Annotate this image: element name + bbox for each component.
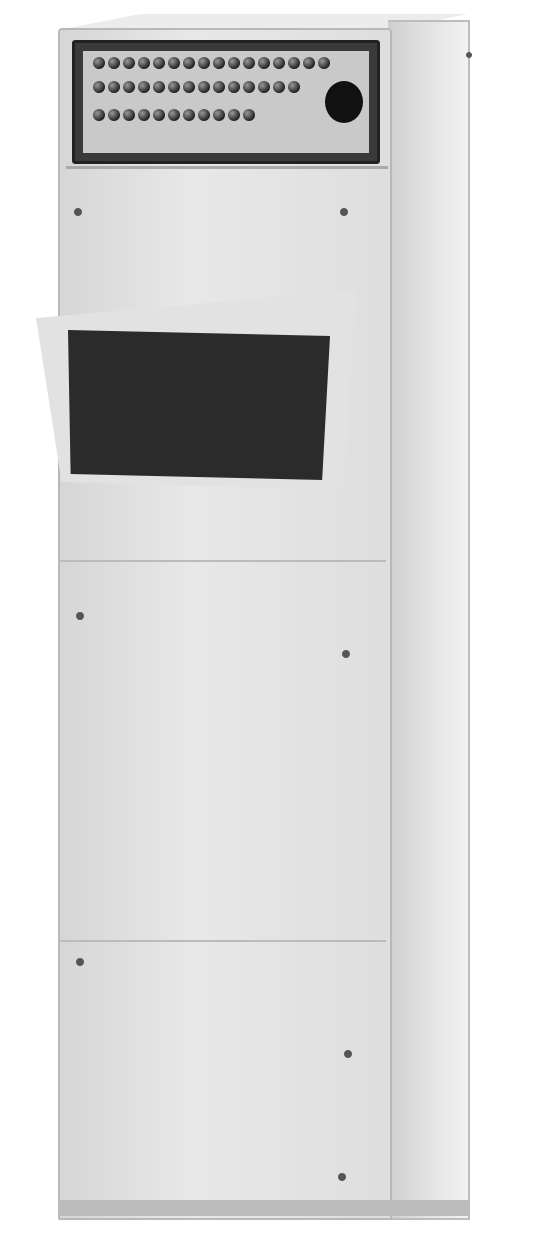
knob-icon: [243, 81, 255, 93]
knob-icon: [168, 81, 180, 93]
knob-icon: [258, 57, 270, 69]
door-seam: [60, 940, 386, 942]
knob-icon: [228, 109, 240, 121]
door-lock-icon: [76, 958, 84, 966]
knob-icon: [153, 81, 165, 93]
knob-icon: [153, 57, 165, 69]
knob-icon: [153, 109, 165, 121]
knob-icon: [243, 109, 255, 121]
knob-icon: [183, 109, 195, 121]
knob-icon: [258, 81, 270, 93]
knob-icon: [198, 57, 210, 69]
knob-icon: [138, 57, 150, 69]
knob-icon: [273, 57, 285, 69]
control-panel-face: [83, 51, 369, 153]
door-lock-icon: [340, 208, 348, 216]
knob-icon: [273, 81, 285, 93]
cabinet-side-panel: [388, 20, 470, 1220]
knob-icon: [183, 57, 195, 69]
knob-icon: [288, 57, 300, 69]
knob-icon: [93, 109, 105, 121]
door-lock-icon: [76, 612, 84, 620]
door-seam: [60, 560, 386, 562]
screw-icon: [466, 52, 472, 58]
dial-icon: [325, 81, 363, 123]
knob-icon: [123, 57, 135, 69]
knob-icon: [213, 109, 225, 121]
knob-icon: [108, 109, 120, 121]
knob-icon: [123, 81, 135, 93]
knob-icon: [138, 109, 150, 121]
display-screen: [68, 330, 330, 480]
knob-icon: [93, 81, 105, 93]
knob-icon: [168, 109, 180, 121]
knob-icon: [198, 81, 210, 93]
knob-icon: [108, 81, 120, 93]
knob-icon: [108, 57, 120, 69]
knob-icon: [198, 109, 210, 121]
knob-icon: [243, 57, 255, 69]
knob-icon: [213, 57, 225, 69]
screw-icon: [338, 1173, 346, 1181]
cabinet-front: [58, 28, 392, 1220]
control-panel: [72, 40, 380, 164]
knob-icon: [228, 57, 240, 69]
knob-icon: [93, 57, 105, 69]
cabinet-base: [58, 1200, 470, 1216]
knob-icon: [213, 81, 225, 93]
knob-icon: [123, 109, 135, 121]
knob-icon: [183, 81, 195, 93]
door-lock-icon: [74, 208, 82, 216]
knob-icon: [303, 57, 315, 69]
knob-icon: [288, 81, 300, 93]
panel-divider: [66, 166, 388, 169]
knob-icon: [228, 81, 240, 93]
knob-icon: [138, 81, 150, 93]
knob-icon: [168, 57, 180, 69]
door-lock-icon: [344, 1050, 352, 1058]
door-lock-icon: [342, 650, 350, 658]
knob-icon: [318, 57, 330, 69]
